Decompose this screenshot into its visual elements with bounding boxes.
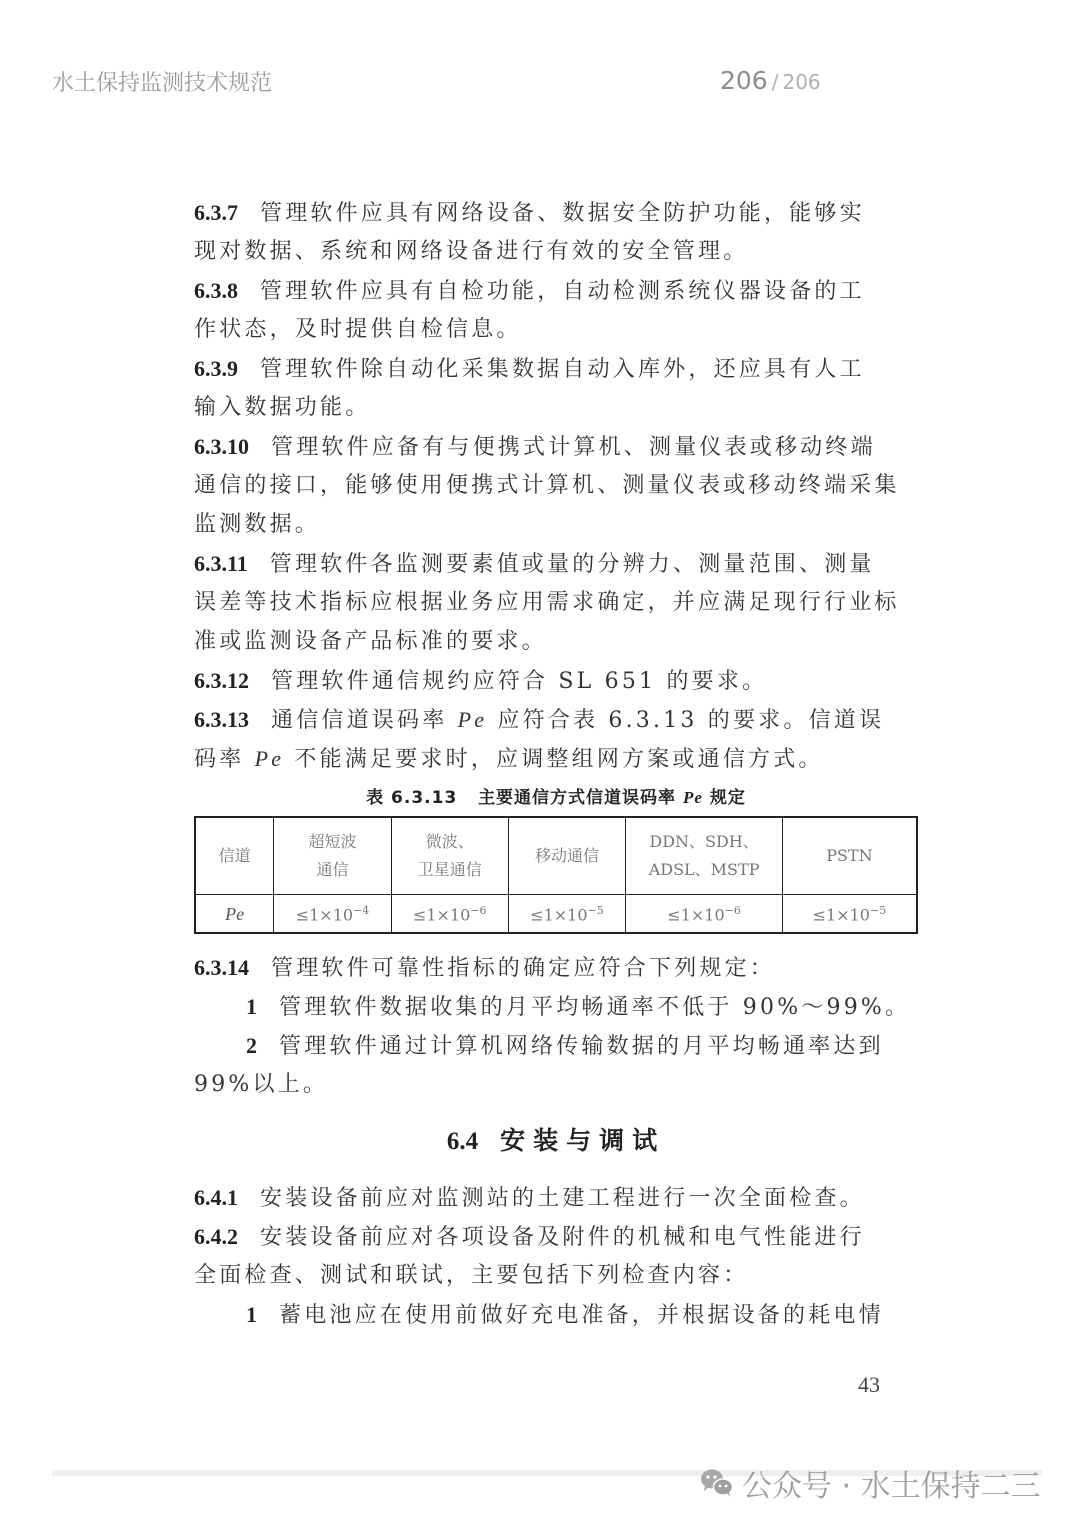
clause-text: 管理软件可靠性指标的确定应符合下列规定：: [271, 956, 775, 981]
table-cell: ≤1×10−6: [391, 895, 508, 934]
clause-number: 6.4.2: [194, 1224, 238, 1249]
clause-text: 码率: [194, 747, 244, 772]
section-heading: 6.4安装与调试: [194, 1104, 918, 1178]
header-line: 微波、: [392, 828, 508, 856]
clause-text: 应符合表 6.3.13 的要求。信道误: [497, 708, 884, 733]
clause-text: 管理软件应具有自检功能，自动检测系统仪器设备的工: [260, 279, 865, 304]
list-item-1: 1蓄电池应在使用前做好充电准备，并根据设备的耗电情: [194, 1295, 918, 1334]
clause-text: 管理软件应备有与便携式计算机、测量仪表或移动终端: [271, 435, 876, 460]
header-line: DDN、SDH、: [626, 828, 782, 856]
clause-6-3-10: 6.3.10管理软件应备有与便携式计算机、测量仪表或移动终端: [194, 427, 918, 466]
variable-pe: Pe: [458, 707, 488, 732]
clause-text: 管理软件除自动化采集数据自动入库外，还应具有人工: [260, 357, 865, 382]
value-exponent: −6: [725, 904, 741, 917]
clause-6-3-12: 6.3.12管理软件通信规约应符合 SL 651 的要求。: [194, 661, 918, 700]
clause-number: 6.3.8: [194, 278, 238, 303]
table-row: Pe ≤1×10−4 ≤1×10−6 ≤1×10−5 ≤1×10−6 ≤1×10…: [195, 895, 917, 934]
clause-text-cont: 监测数据。: [194, 505, 918, 544]
table-cell: ≤1×10−4: [274, 895, 392, 934]
document-title: 水土保持监测技术规范: [52, 66, 272, 97]
clause-text: 管理软件各监测要素值或量的分辨力、测量范围、测量: [270, 552, 875, 577]
clause-number: 6.3.11: [194, 551, 248, 576]
value-base: ≤1×10: [296, 906, 353, 925]
clause-text: 安装设备前应对各项设备及附件的机械和电气性能进行: [260, 1225, 865, 1250]
value-exponent: −5: [870, 904, 886, 917]
header-line: PSTN: [783, 842, 916, 870]
item-text: 管理软件数据收集的月平均畅通率不低于 90%～99%。: [279, 995, 910, 1020]
clause-text-cont: 作状态，及时提供自检信息。: [194, 310, 918, 349]
clause-text-cont: 全面检查、测试和联试，主要包括下列检查内容：: [194, 1256, 918, 1295]
clause-number: 6.3.7: [194, 200, 238, 225]
error-rate-table: 信道 超短波通信 微波、卫星通信 移动通信 DDN、SDH、ADSL、MSTP …: [194, 816, 918, 934]
clause-number: 6.3.12: [194, 668, 249, 693]
wechat-icon: [700, 1468, 734, 1498]
header-cell: 微波、卫星通信: [391, 817, 508, 895]
caption-suffix: 规定: [710, 788, 746, 808]
clause-6-3-14: 6.3.14管理软件可靠性指标的确定应符合下列规定：: [194, 948, 918, 987]
clause-6-4-2: 6.4.2安装设备前应对各项设备及附件的机械和电气性能进行: [194, 1217, 918, 1256]
clause-text: 管理软件通信规约应符合 SL 651 的要求。: [271, 669, 767, 694]
table-cell: ≤1×10−6: [626, 895, 783, 934]
table-caption: 表 6.3.13 主要通信方式信道误码率 Pe 规定: [194, 780, 918, 816]
clause-6-3-7: 6.3.7管理软件应具有网络设备、数据安全防护功能，能够实: [194, 193, 918, 232]
page-indicator: 206/206: [720, 66, 821, 95]
clause-number: 6.3.10: [194, 434, 249, 459]
section-title: 安装与调试: [500, 1126, 665, 1155]
clause-number: 6.3.14: [194, 955, 249, 980]
clause-text-cont: 码率 Pe 不能满足要求时，应调整组网方案或通信方式。: [194, 739, 918, 778]
row-label-pe: Pe: [195, 895, 274, 934]
clause-text-cont: 通信的接口，能够使用便携式计算机、测量仪表或移动终端采集: [194, 466, 918, 505]
caption-text: 主要通信方式信道误码率: [478, 788, 676, 808]
clause-6-3-9: 6.3.9管理软件除自动化采集数据自动入库外，还应具有人工: [194, 349, 918, 388]
clause-number: 6.4.1: [194, 1185, 238, 1210]
clause-text-cont: 现对数据、系统和网络设备进行有效的安全管理。: [194, 232, 918, 271]
watermark-text: 公众号 · 水土保持二三: [742, 1461, 1041, 1505]
page-content: 6.3.7管理软件应具有网络设备、数据安全防护功能，能够实 现对数据、系统和网络…: [194, 193, 918, 1334]
section-number: 6.4: [447, 1128, 478, 1155]
clause-number: 6.3.13: [194, 707, 249, 732]
clause-number: 6.3.9: [194, 356, 238, 381]
header-cell: 移动通信: [508, 817, 626, 895]
printed-page-number: 43: [858, 1372, 880, 1398]
value-exponent: −6: [470, 904, 486, 917]
item-number: 2: [246, 1033, 257, 1058]
clause-6-3-13: 6.3.13通信信道误码率 Pe 应符合表 6.3.13 的要求。信道误: [194, 700, 918, 739]
item-number: 1: [246, 994, 257, 1019]
header-line: 卫星通信: [392, 856, 508, 884]
clause-6-3-8: 6.3.8管理软件应具有自检功能，自动检测系统仪器设备的工: [194, 271, 918, 310]
list-item-2: 2管理软件通过计算机网络传输数据的月平均畅通率达到: [194, 1026, 918, 1065]
table-cell: ≤1×10−5: [782, 895, 917, 934]
header-channel: 信道: [195, 817, 274, 895]
item-text: 蓄电池应在使用前做好充电准备，并根据设备的耗电情: [279, 1303, 884, 1328]
header-line: ADSL、MSTP: [626, 856, 782, 884]
item-number: 1: [246, 1302, 257, 1327]
value-base: ≤1×10: [530, 906, 587, 925]
header-line: 超短波: [274, 828, 391, 856]
clause-text: 安装设备前应对监测站的土建工程进行一次全面检查。: [260, 1186, 865, 1211]
value-exponent: −4: [353, 904, 369, 917]
clause-text: 不能满足要求时，应调整组网方案或通信方式。: [294, 747, 823, 772]
variable-pe: Pe: [255, 746, 285, 771]
list-item-1: 1管理软件数据收集的月平均畅通率不低于 90%～99%。: [194, 987, 918, 1026]
header-cell: 超短波通信: [274, 817, 392, 895]
header-cell: PSTN: [782, 817, 917, 895]
header-line: 通信: [274, 856, 391, 884]
value-exponent: −5: [588, 904, 604, 917]
header-line: 移动通信: [509, 842, 626, 870]
clause-text: 管理软件应具有网络设备、数据安全防护功能，能够实: [260, 201, 865, 226]
table-header-row: 信道 超短波通信 微波、卫星通信 移动通信 DDN、SDH、ADSL、MSTP …: [195, 817, 917, 895]
caption-variable: Pe: [683, 788, 703, 807]
item-text-cont: 99%以上。: [194, 1065, 918, 1104]
value-base: ≤1×10: [667, 906, 724, 925]
clause-6-3-11: 6.3.11管理软件各监测要素值或量的分辨力、测量范围、测量: [194, 544, 918, 583]
total-pages: 206: [782, 70, 820, 94]
item-text: 管理软件通过计算机网络传输数据的月平均畅通率达到: [279, 1034, 884, 1059]
current-page: 206: [720, 66, 768, 95]
value-base: ≤1×10: [813, 906, 870, 925]
clause-6-4-1: 6.4.1安装设备前应对监测站的土建工程进行一次全面检查。: [194, 1178, 918, 1217]
page-separator: /: [772, 70, 779, 94]
clause-text-cont: 误差等技术指标应根据业务应用需求确定，并应满足现行行业标: [194, 583, 918, 622]
clause-text-cont: 准或监测设备产品标准的要求。: [194, 622, 918, 661]
clause-text: 通信信道误码率: [271, 708, 447, 733]
table-cell: ≤1×10−5: [508, 895, 626, 934]
caption-prefix: 表 6.3.13: [366, 788, 457, 808]
header-cell: DDN、SDH、ADSL、MSTP: [626, 817, 783, 895]
watermark: 公众号 · 水土保持二三: [700, 1461, 1041, 1505]
value-base: ≤1×10: [413, 906, 470, 925]
clause-text-cont: 输入数据功能。: [194, 388, 918, 427]
